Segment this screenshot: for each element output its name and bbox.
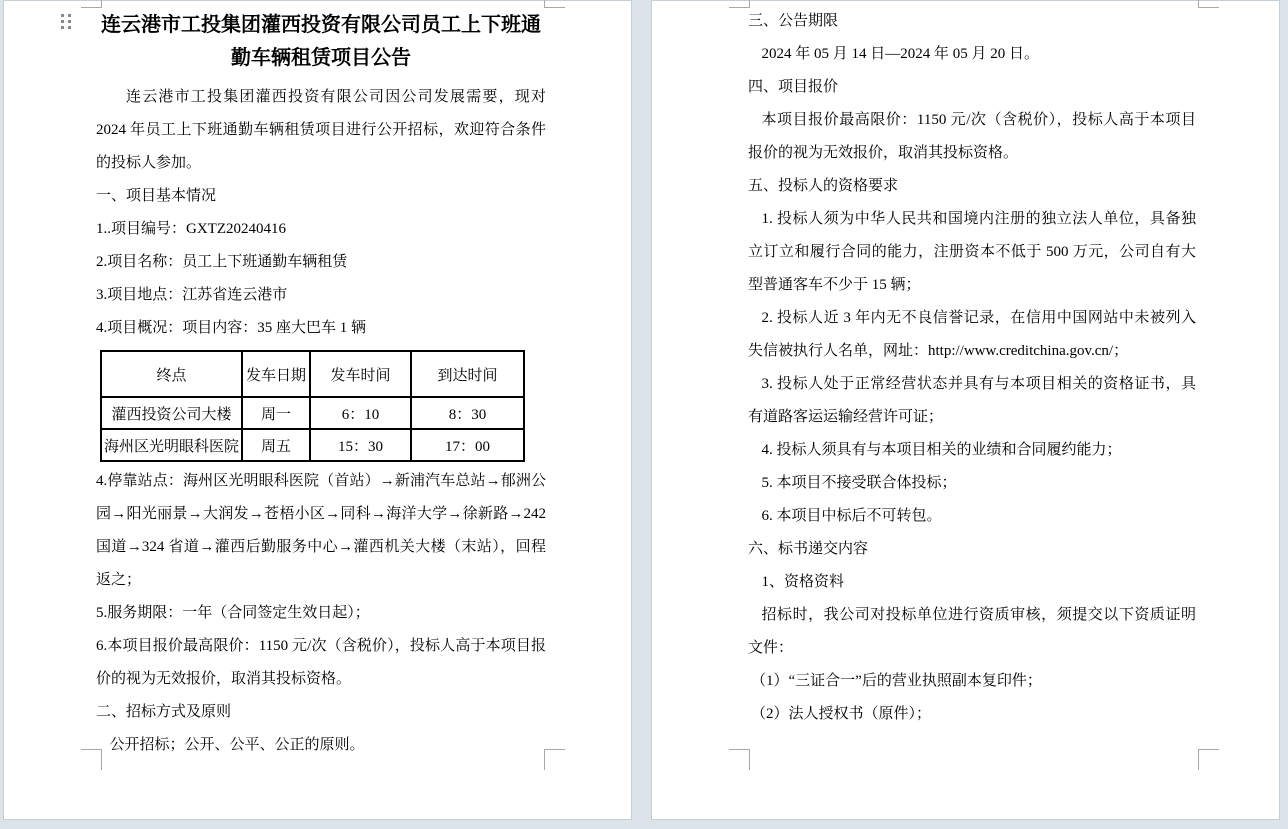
page1-content: 连云港市工投集团灌西投资有限公司员工上下班通勤车辆租赁项目公告 连云港市工投集团… [4,5,631,762]
para-requirement-4: 4. 投标人须具有与本项目相关的业绩和合同履约能力； [748,434,1196,467]
page2-content: 三、公告期限 2024 年 05 月 14 日—2024 年 05 月 20 日… [652,5,1279,731]
para-requirement-2: 2. 投标人近 3 年内无不良信誉记录，在信用中国网站中未被列入失信被执行人名单… [748,302,1196,368]
para-requirement-3: 3. 投标人处于正常经营状态并具有与本项目相关的资格证书，具有道路客运运输经营许… [748,368,1196,434]
margin-cropmark-bottom-left [729,749,750,770]
table-cell: 6：10 [310,397,411,429]
heading-section1: 一、项目基本情况 [96,180,546,213]
table-row: 灌西投资公司大楼 周一 6：10 8：30 [101,397,524,429]
para-announcement-period: 2024 年 05 月 14 日—2024 年 05 月 20 日。 [748,38,1196,71]
margin-cropmark-bottom-right [1198,749,1219,770]
document-title: 连云港市工投集团灌西投资有限公司员工上下班通勤车辆租赁项目公告 [96,9,546,75]
para-document-2: （2）法人授权书（原件）； [748,698,1196,731]
document-page-2: 三、公告期限 2024 年 05 月 14 日—2024 年 05 月 20 日… [651,0,1280,820]
para-project-name: 2.项目名称：员工上下班通勤车辆租赁 [96,246,546,279]
table-cell: 17：00 [411,429,524,461]
header-arrival-time: 到达时间 [411,351,524,397]
table-cell: 15：30 [310,429,411,461]
para-bidding-method: 公开招标；公开、公平、公正的原则。 [96,729,546,762]
heading-section5: 五、投标人的资格要求 [748,170,1196,203]
para-project-location: 3.项目地点：江苏省连云港市 [96,279,546,312]
para-project-number: 1..项目编号：GXTZ20240416 [96,213,546,246]
heading-section6: 六、标书递交内容 [748,533,1196,566]
para-intro: 连云港市工投集团灌西投资有限公司因公司发展需要，现对 2024 年员工上下班通勤… [96,81,546,180]
para-document-1: （1）“三证合一”后的营业执照副本复印件； [748,665,1196,698]
table-cell: 灌西投资公司大楼 [101,397,242,429]
para-requirement-1: 1. 投标人须为中华人民共和国境内注册的独立法人单位，具备独立订立和履行合同的能… [748,203,1196,302]
bus-schedule-table: 终点 发车日期 发车时间 到达时间 灌西投资公司大楼 周一 6：10 8：30 … [100,350,525,462]
document-page-1: 连云港市工投集团灌西投资有限公司员工上下班通勤车辆租赁项目公告 连云港市工投集团… [3,0,632,820]
para-qualification-review: 招标时，我公司对投标单位进行资质审核，须提交以下资质证明文件： [748,599,1196,665]
table-header-row: 终点 发车日期 发车时间 到达时间 [101,351,524,397]
para-requirement-5: 5. 本项目不接受联合体投标； [748,467,1196,500]
heading-section2: 二、招标方式及原则 [96,696,546,729]
para-project-overview: 4.项目概况：项目内容：35 座大巴车 1 辆 [96,312,546,345]
para-service-period: 5.服务期限：一年（合同签定生效日起）； [96,597,546,630]
table-cell: 海州区光明眼科医院 [101,429,242,461]
para-bus-stops: 4.停靠站点：海州区光明眼科医院（首站）→新浦汽车总站→郁洲公园→阳光丽景→大润… [96,465,546,597]
heading-sub1: 1、资格资料 [748,566,1196,599]
word-document-view: { "colors": { "canvas_bg": "#dde4e9", "p… [0,0,1288,829]
table-cell: 周一 [242,397,310,429]
table-cell: 周五 [242,429,310,461]
heading-section3: 三、公告期限 [748,5,1196,38]
header-departure-time: 发车时间 [310,351,411,397]
para-project-quote: 本项目报价最高限价：1150 元/次（含税价），投标人高于本项目报价的视为无效报… [748,104,1196,170]
table-cell: 8：30 [411,397,524,429]
table-row: 海州区光明眼科医院 周五 15：30 17：00 [101,429,524,461]
heading-section4: 四、项目报价 [748,71,1196,104]
para-price-limit: 6.本项目报价最高限价：1150 元/次（含税价），投标人高于本项目报价的视为无… [96,630,546,696]
para-requirement-6: 6. 本项目中标后不可转包。 [748,500,1196,533]
header-destination: 终点 [101,351,242,397]
header-departure-day: 发车日期 [242,351,310,397]
